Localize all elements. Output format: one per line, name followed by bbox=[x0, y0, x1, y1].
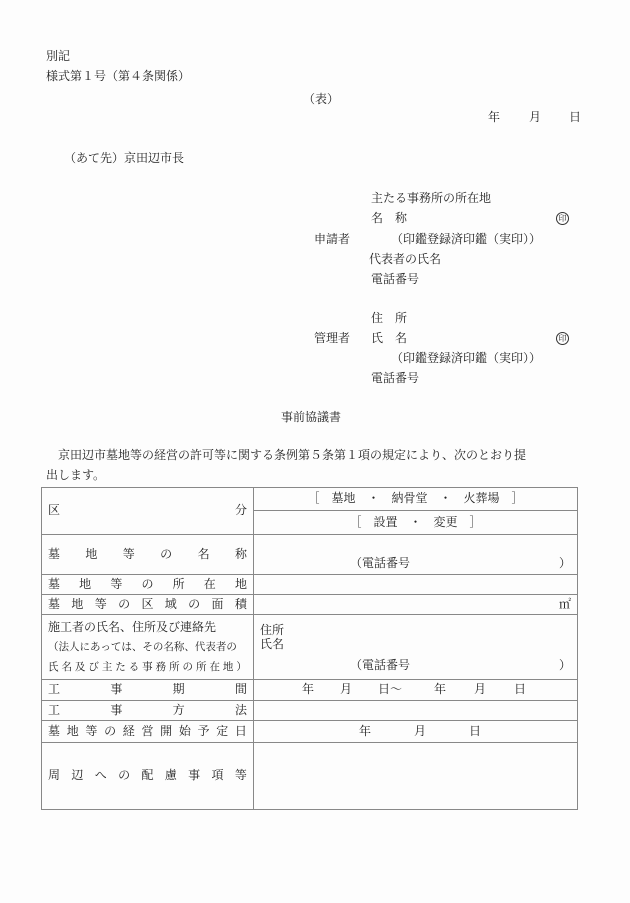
facility-location-label: 墓 地 等 の 所 在 地 bbox=[42, 575, 254, 595]
facility-phone-close: ） bbox=[559, 557, 571, 570]
facility-name-label: 墓 地 等 の 名 称 bbox=[42, 535, 254, 575]
manager-seal-note: （印鑑登録済印鑑（実印）） bbox=[391, 352, 541, 364]
facility-type-options[interactable]: ［ 墓地 ・ 納骨堂 ・ 火葬場 ］ bbox=[254, 488, 578, 511]
intro-line-2: 出します。 bbox=[46, 469, 105, 481]
neighborhood-considerations-label: 周 辺 へ の 配 慮 事 項 等 bbox=[42, 743, 254, 810]
operation-start-date-field[interactable]: 年 月 日 bbox=[254, 721, 578, 743]
contractor-phone-close: ） bbox=[559, 659, 571, 672]
area-unit: ㎡ bbox=[559, 597, 571, 611]
construction-method-field[interactable] bbox=[254, 701, 578, 721]
construction-period-label: 工 事 期 間 bbox=[42, 680, 254, 701]
facility-area-label: 墓 地 等 の 区 域 の 面 積 bbox=[42, 595, 254, 615]
manager-role-label: 管理者 bbox=[314, 332, 350, 344]
addressee: （あて先）京田辺市長 bbox=[64, 152, 184, 164]
attachment-label: 別記 bbox=[46, 50, 70, 62]
facility-name-field[interactable]: （電話番号 ） bbox=[254, 535, 578, 575]
manager-seal-icon: 印 bbox=[556, 331, 569, 345]
applicant-role-label: 申請者 bbox=[314, 233, 350, 245]
applicant-phone-label: 電話番号 bbox=[371, 273, 419, 285]
manager-name-label: 氏 名 bbox=[371, 332, 407, 344]
construction-period-field[interactable]: 年 月 日～ 年 月 日 bbox=[254, 680, 578, 701]
contractor-label: 施工者の氏名、住所及び連絡先 （法人にあっては、その名称、代表者の 氏 名 及 … bbox=[42, 615, 254, 680]
applicant-representative-label: 代表者の氏名 bbox=[369, 253, 441, 265]
manager-address-label: 住 所 bbox=[371, 312, 407, 324]
consultation-form-table: 区 分 ［ 墓地 ・ 納骨堂 ・ 火葬場 ］ ［ 設置 ・ 変更 ］ 墓 地 等… bbox=[41, 487, 578, 810]
table-row-construction-period: 工 事 期 間 年 月 日～ 年 月 日 bbox=[42, 680, 578, 701]
date-year: 年 bbox=[488, 111, 500, 123]
table-row-facility-area: 墓 地 等 の 区 域 の 面 積 ㎡ bbox=[42, 595, 578, 615]
manager-phone-label: 電話番号 bbox=[371, 372, 419, 384]
table-row-neighborhood-considerations: 周 辺 へ の 配 慮 事 項 等 bbox=[42, 743, 578, 810]
table-row-contractor: 施工者の氏名、住所及び連絡先 （法人にあっては、その名称、代表者の 氏 名 及 … bbox=[42, 615, 578, 680]
facility-area-field[interactable]: ㎡ bbox=[254, 595, 578, 615]
neighborhood-considerations-field[interactable] bbox=[254, 743, 578, 810]
side-label: （表） bbox=[303, 93, 339, 105]
facility-location-field[interactable] bbox=[254, 575, 578, 595]
form-number: 様式第１号（第４条関係） bbox=[46, 70, 190, 82]
applicant-name-label: 名 称 bbox=[371, 212, 407, 224]
facility-phone-open: （電話番号 bbox=[350, 557, 410, 570]
action-type-options[interactable]: ［ 設置 ・ 変更 ］ bbox=[254, 511, 578, 535]
table-row-construction-method: 工 事 方 法 bbox=[42, 701, 578, 721]
contractor-address-label: 住所 bbox=[260, 623, 571, 637]
applicant-seal-note: （印鑑登録済印鑑（実印）） bbox=[391, 233, 541, 245]
construction-method-label: 工 事 方 法 bbox=[42, 701, 254, 721]
table-row-facility-location: 墓 地 等 の 所 在 地 bbox=[42, 575, 578, 595]
table-row-operation-start-date: 墓 地 等 の 経 営 開 始 予 定 日 年 月 日 bbox=[42, 721, 578, 743]
operation-start-date-label: 墓 地 等 の 経 営 開 始 予 定 日 bbox=[42, 721, 254, 743]
intro-line-1: 京田辺市墓地等の経営の許可等に関する条例第５条第１項の規定により、次のとおり提 bbox=[46, 449, 526, 461]
date-day: 日 bbox=[569, 111, 581, 123]
date-month: 月 bbox=[529, 111, 541, 123]
table-row-classification: 区 分 ［ 墓地 ・ 納骨堂 ・ 火葬場 ］ bbox=[42, 488, 578, 511]
applicant-seal-icon: 印 bbox=[556, 211, 569, 225]
applicant-office-location-label: 主たる事務所の所在地 bbox=[371, 192, 491, 204]
classification-label: 区 分 bbox=[42, 488, 254, 535]
document-title: 事前協議書 bbox=[281, 411, 341, 423]
table-row-facility-name: 墓 地 等 の 名 称 （電話番号 ） bbox=[42, 535, 578, 575]
contractor-name-label: 氏名 bbox=[260, 637, 571, 651]
contractor-field[interactable]: 住所 氏名 （電話番号 ） bbox=[254, 615, 578, 680]
contractor-phone-open: （電話番号 bbox=[350, 659, 410, 672]
